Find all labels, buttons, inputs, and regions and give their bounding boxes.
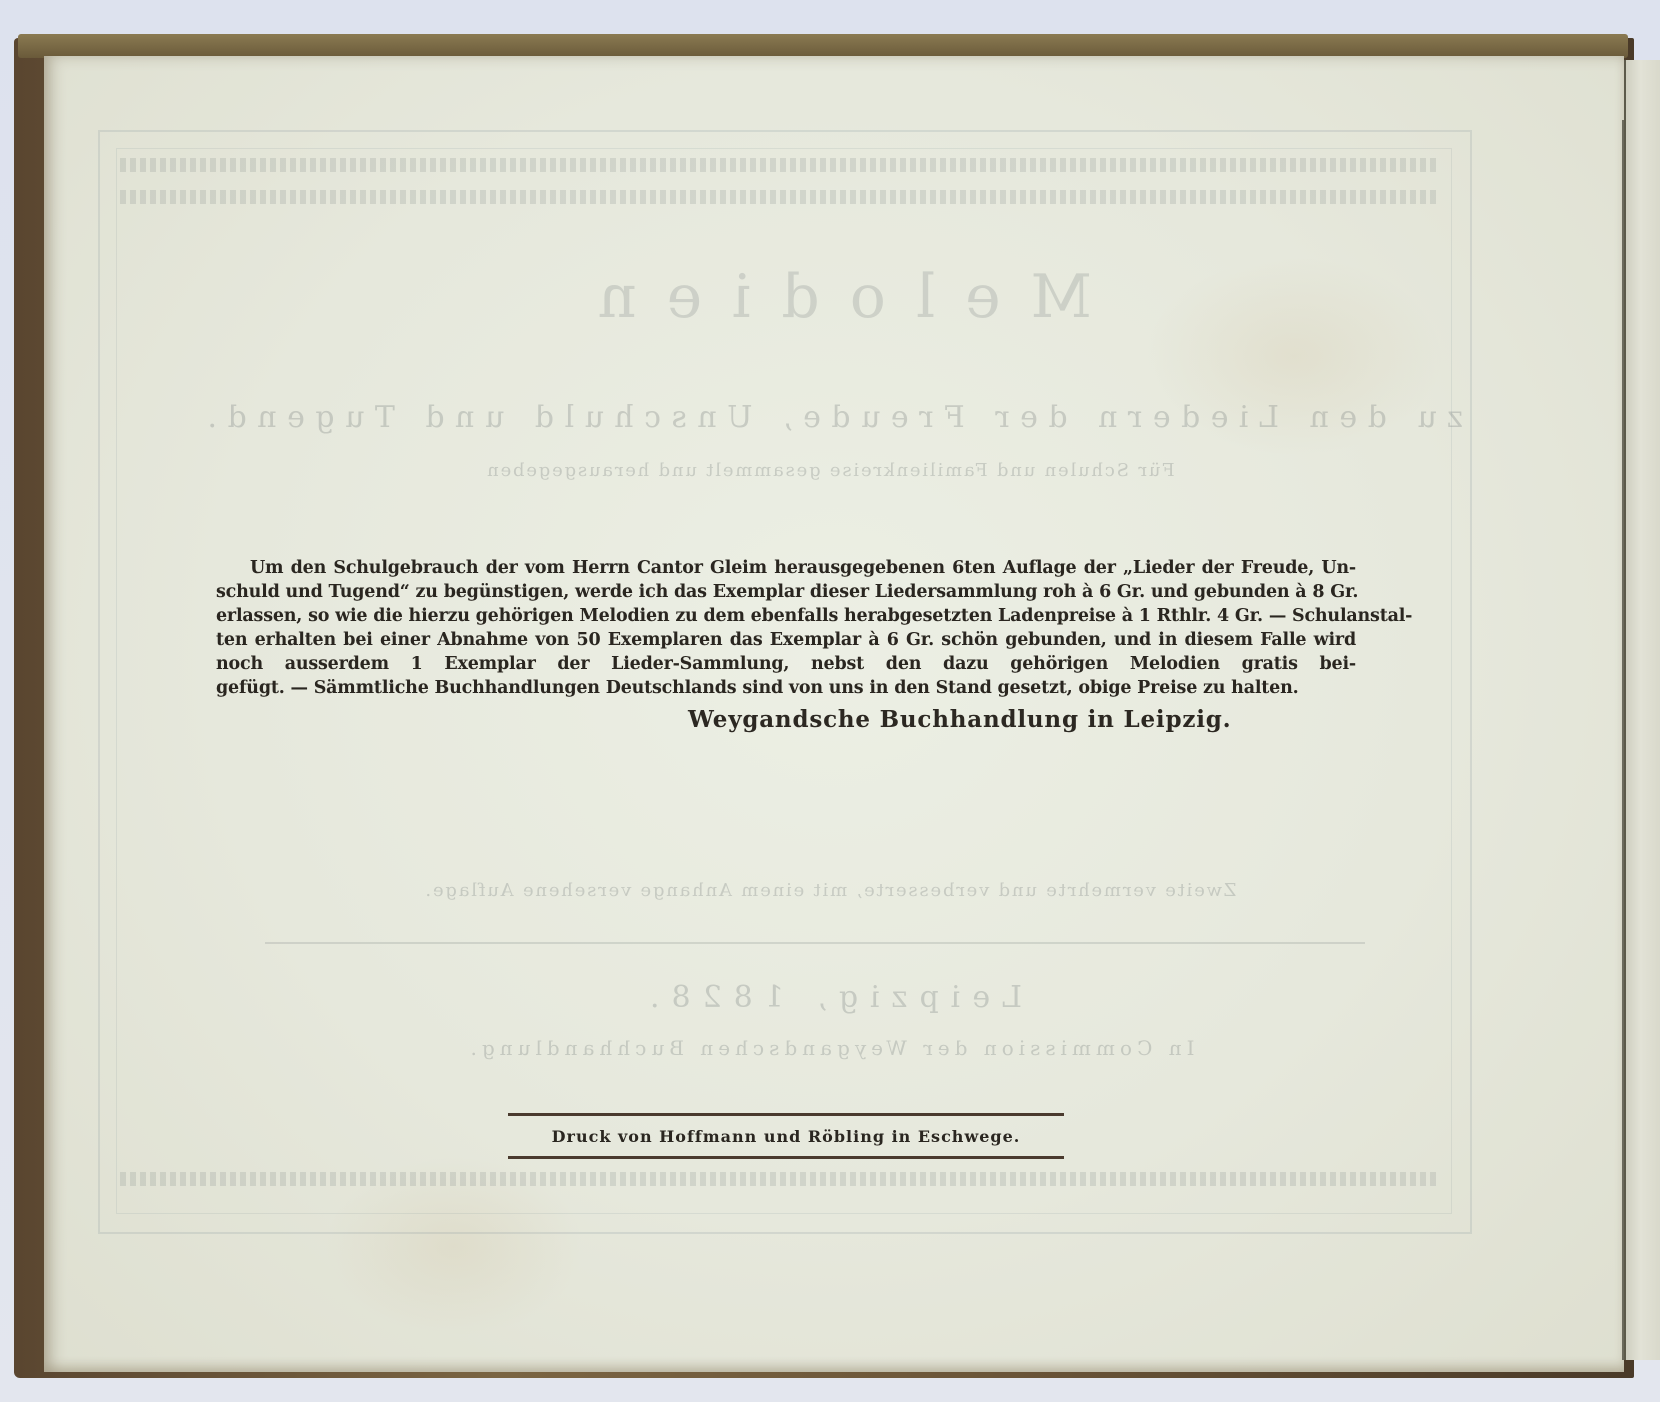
notice-line-4: ten erhalten bei einer Abnahme von 50 Ex…	[216, 628, 1356, 652]
printer-imprint-box: Druck von Hoffmann und Röbling in Eschwe…	[508, 1113, 1064, 1159]
publisher-signature: Weygandsche Buchhandlung in Leipzig.	[688, 706, 1231, 733]
notice-line-1: Um den Schulgebrauch der vom Herrn Canto…	[216, 556, 1356, 580]
bleed-through-ornament-band	[120, 158, 1440, 172]
notice-line-6: gefügt. — Sämmtliche Buchhandlungen Deut…	[216, 676, 1356, 700]
notice-line-5: noch ausserdem 1 Exemplar der Lieder-Sam…	[216, 652, 1356, 676]
printer-imprint: Druck von Hoffmann und Röbling in Eschwe…	[552, 1127, 1021, 1146]
bleed-through-edition-line: Zweite vermehrte und verbesserte, mit ei…	[0, 880, 1660, 901]
bleed-through-rule	[265, 942, 1365, 944]
publisher-notice: Um den Schulgebrauch der vom Herrn Canto…	[216, 556, 1356, 700]
bleed-through-subtitle-2: Für Schulen und Familienkreise gesammelt…	[0, 460, 1660, 481]
bleed-through-subtitle: zu den Liedern der Freude, Unschuld und …	[0, 400, 1660, 435]
next-page-edge	[1624, 60, 1660, 1360]
notice-line-2: schuld und Tugend“ zu begünstigen, werde…	[216, 580, 1356, 604]
bleed-through-title: Melodien	[0, 262, 1660, 332]
bleed-through-ornament-band	[120, 1172, 1440, 1186]
bleed-through-place-year: Leipzig, 1828.	[0, 980, 1660, 1015]
notice-line-3: erlassen, so wie die hierzu gehörigen Me…	[216, 604, 1356, 628]
bleed-through-ornament-band	[120, 190, 1440, 204]
bleed-through-commission: In Commission der Weygandschen Buchhandl…	[0, 1036, 1660, 1060]
book-cover-top-edge	[18, 34, 1628, 58]
